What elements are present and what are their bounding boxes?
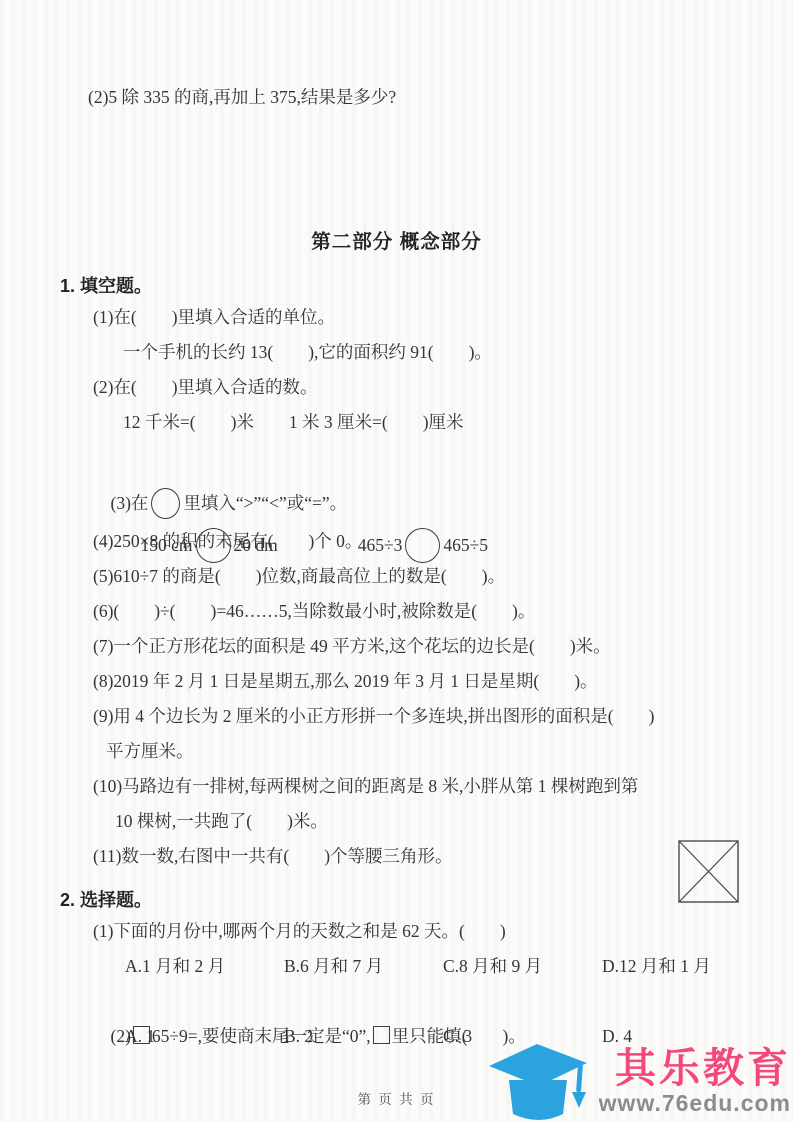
choice-item-2: (2)65÷9=,要使商末尾一定是“0”,里只能填( )。	[93, 984, 793, 1019]
fill-item-3-pre: (3)在	[111, 493, 149, 513]
word-problem-line: (2)5 除 335 的商,再加上 375,结果是多少?	[88, 0, 793, 109]
option-a: A.1 月和 2 月	[125, 949, 284, 984]
fill-item-2-sub: 12 千米=( )米 1 米 3 厘米=( )厘米	[123, 405, 793, 440]
brand-name: 其乐教育	[615, 1046, 791, 1090]
compare-left-2: 465÷3	[358, 535, 403, 555]
option-a: A. 1	[125, 1019, 284, 1054]
choice-1-options: A.1 月和 2 月 B.6 月和 7 月 C.8 月和 9 月 D.12 月和…	[125, 949, 793, 984]
fill-item-1-sub: 一个手机的长约 13( ),它的面积约 91( )。	[123, 335, 793, 370]
fill-item-9: (9)用 4 个边长为 2 厘米的小正方形拼一个多连块,拼出图形的面积是( )	[93, 699, 793, 734]
brand-text-block: 其乐教育 www.76edu.com	[599, 1046, 791, 1116]
square-with-diagonals-figure	[678, 840, 740, 904]
option-b: B.6 月和 7 月	[284, 949, 443, 984]
fill-item-3-post: 里填入“>”“<”或“=”。	[183, 493, 347, 513]
compare-right-2: 465÷5	[443, 535, 488, 555]
fill-item-7: (7)一个正方形花坛的面积是 49 平方米,这个花坛的边长是( )米。	[93, 629, 793, 664]
worksheet-page: (2)5 除 335 的商,再加上 375,结果是多少? 第二部分 概念部分 1…	[0, 0, 793, 1122]
fill-item-10: (10)马路边有一排树,每两棵树之间的距离是 8 米,小胖从第 1 棵树跑到第	[93, 769, 793, 804]
fill-item-2: (2)在( )里填入合适的数。	[93, 370, 793, 405]
fill-item-3: (3)在里填入“>”“<”或“=”。	[93, 440, 793, 482]
fill-item-8: (8)2019 年 2 月 1 日是星期五,那么 2019 年 3 月 1 日是…	[93, 664, 793, 699]
fill-item-10-cont: 10 棵树,一共跑了( )米。	[115, 804, 793, 839]
option-c: C.8 月和 9 月	[443, 949, 602, 984]
fill-item-9-cont: 平方厘米。	[106, 734, 793, 769]
brand-logo: 其乐教育 www.76edu.com	[487, 1036, 791, 1122]
fill-item-6: (6)( )÷( )=46……5,当除数最小时,被除数是( )。	[93, 594, 793, 629]
option-b: B. 2	[284, 1019, 443, 1054]
graduation-cap-icon	[487, 1036, 591, 1122]
answer-circle	[196, 528, 231, 563]
fill-in-heading: 1. 填空题。	[60, 273, 793, 300]
fill-item-5: (5)610÷7 的商是( )位数,商最高位上的数是( )。	[93, 559, 793, 594]
answer-circle	[151, 488, 180, 519]
section-title: 第二部分 概念部分	[0, 229, 793, 255]
fill-item-1: (1)在( )里填入合适的单位。	[93, 300, 793, 335]
brand-url: www.76edu.com	[599, 1090, 791, 1116]
option-d: D.12 月和 1 月	[602, 949, 761, 984]
choice-item-1: (1)下面的月份中,哪两个月的天数之和是 62 天。( )	[93, 914, 793, 949]
